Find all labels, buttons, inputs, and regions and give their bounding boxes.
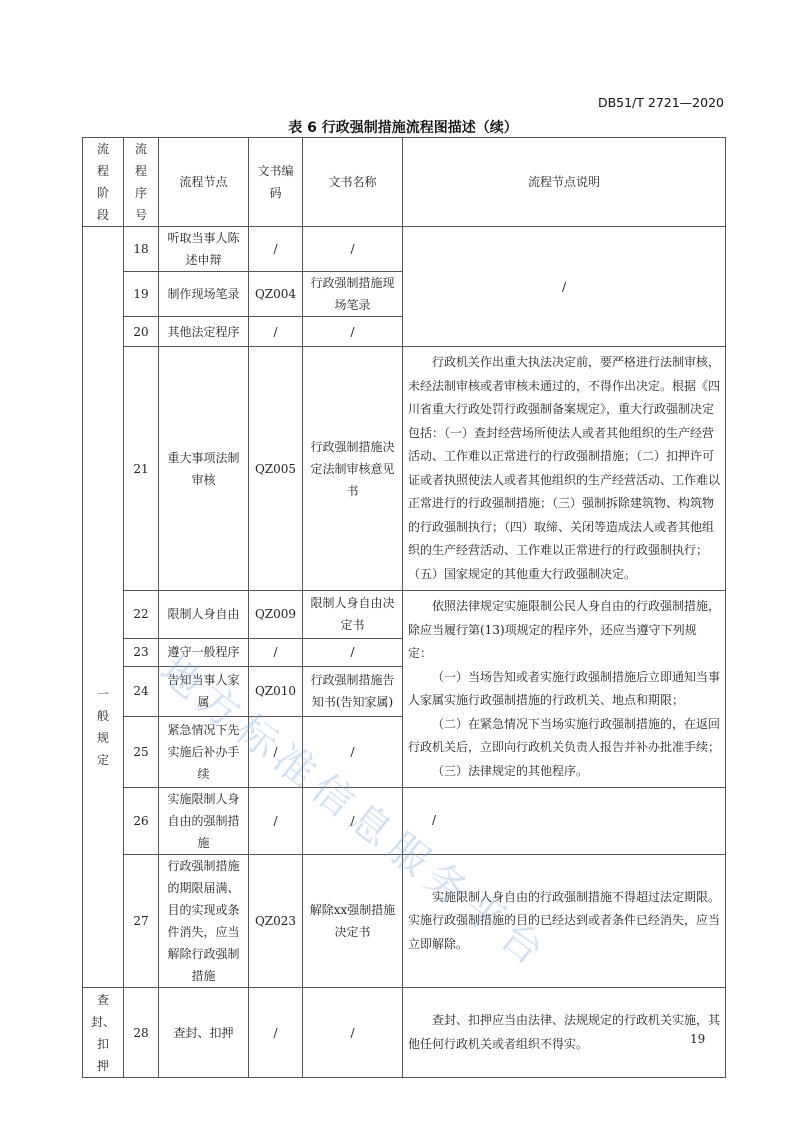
- row-node: 重大事项法制审核: [159, 347, 249, 591]
- row-doc-name: /: [303, 638, 403, 666]
- row-code: /: [249, 317, 303, 347]
- header-seq: 流程序号: [124, 138, 159, 227]
- row-desc: /: [403, 227, 726, 347]
- row-seq: 23: [124, 638, 159, 666]
- table-row: 26 实施限制人身自由的强制措施 / / /: [83, 788, 726, 855]
- row-node: 遵守一般程序: [159, 638, 249, 666]
- row-seq: 20: [124, 317, 159, 347]
- page-number: 19: [690, 1032, 705, 1046]
- row-desc: /: [403, 788, 726, 855]
- row-node: 其他法定程序: [159, 317, 249, 347]
- row-seq: 19: [124, 272, 159, 317]
- stage-general: 一般规定: [83, 227, 124, 988]
- row-doc-name: /: [303, 988, 403, 1078]
- process-table: 流程阶段 流程序号 流程节点 文书编码 文书名称 流程节点说明 一般规定 18 …: [82, 137, 726, 1078]
- header-code: 文书编码: [249, 138, 303, 227]
- row-desc: 查封、扣押应当由法律、法规规定的行政机关实施，其他任何行政机关或者组织不得实。: [403, 988, 726, 1078]
- header-node: 流程节点: [159, 138, 249, 227]
- row-seq: 26: [124, 788, 159, 855]
- table-row: 21 重大事项法制审核 QZ005 行政强制措施决定法制审核意见书 行政机关作出…: [83, 347, 726, 591]
- row-seq: 22: [124, 591, 159, 639]
- row-doc-name: /: [303, 788, 403, 855]
- row-desc: 行政机关作出重大执法决定前，要严格进行法制审核，未经法制审核或者审核未通过的，不…: [403, 347, 726, 591]
- row-node: 行政强制措施的期限届满、目的实现或条件消失，应当解除行政强制措施: [159, 855, 249, 988]
- row-doc-name: /: [303, 227, 403, 272]
- row-code: /: [249, 227, 303, 272]
- row-doc-name: /: [303, 716, 403, 787]
- row-seq: 27: [124, 855, 159, 988]
- row-code: /: [249, 638, 303, 666]
- row-code: QZ005: [249, 347, 303, 591]
- row-node: 查封、扣押: [159, 988, 249, 1078]
- row-node: 紧急情况下先实施后补办手续: [159, 716, 249, 787]
- row-node: 制作现场笔录: [159, 272, 249, 317]
- row-doc-name: 行政强制措施决定法制审核意见书: [303, 347, 403, 591]
- row-code: /: [249, 988, 303, 1078]
- row-node: 限制人身自由: [159, 591, 249, 639]
- row-desc: 实施限制人身自由的行政强制措施不得超过法定期限。实施行政强制措施的目的已经达到或…: [403, 855, 726, 988]
- row-seq: 28: [124, 988, 159, 1078]
- row-seq: 21: [124, 347, 159, 591]
- row-node: 告知当事人家属: [159, 666, 249, 716]
- table-title: 表 6 行政强制措施流程图描述（续）: [82, 117, 724, 137]
- row-doc-name: 行政强制措施现场笔录: [303, 272, 403, 317]
- row-code: QZ009: [249, 591, 303, 639]
- row-doc-name: /: [303, 317, 403, 347]
- row-node: 实施限制人身自由的强制措施: [159, 788, 249, 855]
- row-doc-name: 限制人身自由决定书: [303, 591, 403, 639]
- row-code: QZ023: [249, 855, 303, 988]
- row-seq: 18: [124, 227, 159, 272]
- table-row: 27 行政强制措施的期限届满、目的实现或条件消失，应当解除行政强制措施 QZ02…: [83, 855, 726, 988]
- row-code: /: [249, 716, 303, 787]
- stage-seal-seize: 查封、扣押: [83, 988, 124, 1078]
- row-code: QZ004: [249, 272, 303, 317]
- row-desc: 依照法律规定实施限制公民人身自由的行政强制措施，除应当履行第(13)项规定的程序…: [403, 591, 726, 788]
- header-stage: 流程阶段: [83, 138, 124, 227]
- table-row: 22 限制人身自由 QZ009 限制人身自由决定书 依照法律规定实施限制公民人身…: [83, 591, 726, 639]
- header-desc: 流程节点说明: [403, 138, 726, 227]
- row-seq: 25: [124, 716, 159, 787]
- row-doc-name: 行政强制措施告知书(告知家属): [303, 666, 403, 716]
- table-row: 查封、扣押 28 查封、扣押 / / 查封、扣押应当由法律、法规规定的行政机关实…: [83, 988, 726, 1078]
- table-row: 一般规定 18 听取当事人陈述申辩 / / /: [83, 227, 726, 272]
- row-code: /: [249, 788, 303, 855]
- row-code: QZ010: [249, 666, 303, 716]
- row-node: 听取当事人陈述申辩: [159, 227, 249, 272]
- row-doc-name: 解除xx强制措施决定书: [303, 855, 403, 988]
- document-code: DB51/T 2721—2020: [590, 95, 724, 110]
- row-seq: 24: [124, 666, 159, 716]
- header-name: 文书名称: [303, 138, 403, 227]
- table-header-row: 流程阶段 流程序号 流程节点 文书编码 文书名称 流程节点说明: [83, 138, 726, 227]
